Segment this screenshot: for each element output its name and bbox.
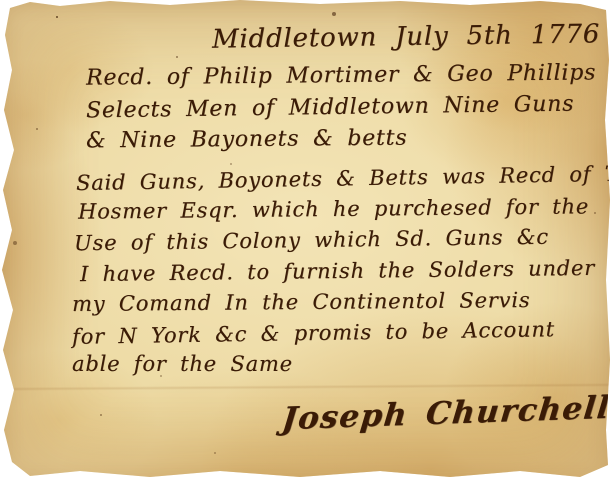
handwritten-line-10: able for the Same: [72, 352, 293, 376]
signature: Joseph Churchell Esq: [280, 387, 612, 438]
handwritten-line-1: Recd. of Philip Mortimer & Geo Phillips: [86, 60, 596, 90]
dateline: Middletown July 5th 1776: [212, 19, 600, 54]
scanned-document: Middletown July 5th 1776 Recd. of Philip…: [0, 0, 612, 486]
handwritten-line-3: & Nine Bayonets & betts: [86, 126, 408, 154]
handwritten-line-5: Hosmer Esqr. which he purchesed for the: [78, 194, 589, 223]
handwritten-line-9: for N York &c & promis to be Account: [72, 317, 555, 349]
manuscript-paper: Middletown July 5th 1776 Recd. of Philip…: [0, 0, 612, 486]
handwritten-line-2: Selects Men of Middletown Nine Guns: [86, 92, 575, 124]
paper-crease: [0, 383, 612, 391]
handwritten-line-4: Said Guns, Boyonets & Betts was Recd of …: [76, 161, 612, 195]
handwritten-line-7: I have Recd. to furnish the Solders unde…: [80, 256, 595, 286]
handwritten-line-6: Use of this Colony which Sd. Guns &c: [74, 225, 549, 256]
handwritten-line-8: my Comand In the Continentol Servis: [72, 288, 531, 316]
paper-foxing-specks: [56, 16, 58, 18]
